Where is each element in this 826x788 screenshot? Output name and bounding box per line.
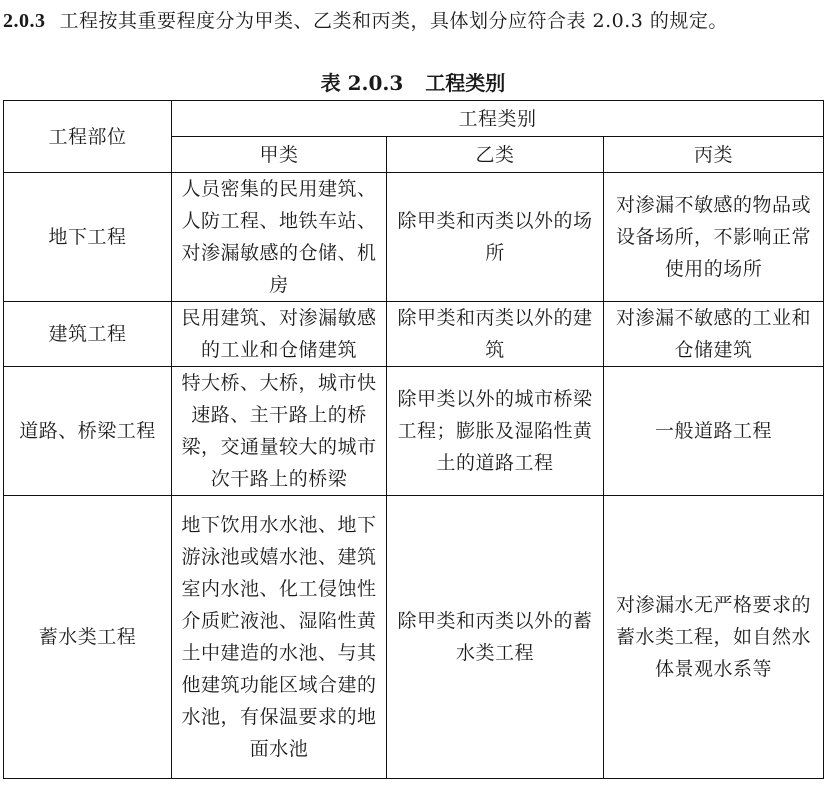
clause-text: 工程按其重要程度分为甲类、乙类和丙类，具体划分应符合表 2.0.3 的规定。 [60, 10, 728, 32]
clause-paragraph: 2.0.3工程按其重要程度分为甲类、乙类和丙类，具体划分应符合表 2.0.3 的… [3, 2, 823, 40]
cell-jia: 地下饮用水水池、地下游泳池或嬉水池、建筑室内水池、化工侵蚀性介质贮液池、湿陷性黄… [172, 496, 387, 779]
engineering-category-table: 工程部位 工程类别 甲类 乙类 丙类 地下工程 人员密集的民用建筑、人防工程、地… [3, 100, 824, 779]
table-caption: 表 2.0.3工程类别 [0, 68, 826, 98]
cell-bing: 对渗漏不敏感的工业和仓储建筑 [604, 302, 824, 367]
cell-yi: 除甲类以外的城市桥梁工程；膨胀及湿陷性黄土的道路工程 [387, 367, 604, 496]
cell-part: 道路、桥梁工程 [4, 367, 172, 496]
cell-part: 蓄水类工程 [4, 496, 172, 779]
cell-jia: 人员密集的民用建筑、人防工程、地铁车站、对渗漏敏感的仓储、机房 [172, 173, 387, 302]
clause-number: 2.0.3 [3, 10, 46, 32]
header-category-group: 工程类别 [172, 101, 824, 137]
cell-bing: 对渗漏不敏感的物品或设备场所，不影响正常使用的场所 [604, 173, 824, 302]
header-category-yi: 乙类 [387, 137, 604, 173]
table-row: 建筑工程 民用建筑、对渗漏敏感的工业和仓储建筑 除甲类和丙类以外的建筑 对渗漏不… [4, 302, 824, 367]
header-category-bing: 丙类 [604, 137, 824, 173]
cell-part: 地下工程 [4, 173, 172, 302]
table-caption-label: 表 2.0.3 [321, 71, 404, 95]
cell-jia: 民用建筑、对渗漏敏感的工业和仓储建筑 [172, 302, 387, 367]
table-row: 蓄水类工程 地下饮用水水池、地下游泳池或嬉水池、建筑室内水池、化工侵蚀性介质贮液… [4, 496, 824, 779]
cell-yi: 除甲类和丙类以外的建筑 [387, 302, 604, 367]
cell-jia: 特大桥、大桥，城市快速路、主干路上的桥梁，交通量较大的城市次干路上的桥梁 [172, 367, 387, 496]
cell-bing: 一般道路工程 [604, 367, 824, 496]
table-caption-title: 工程类别 [425, 71, 505, 95]
cell-yi: 除甲类和丙类以外的蓄水类工程 [387, 496, 604, 779]
cell-part: 建筑工程 [4, 302, 172, 367]
table-row: 道路、桥梁工程 特大桥、大桥，城市快速路、主干路上的桥梁，交通量较大的城市次干路… [4, 367, 824, 496]
header-row-1: 工程部位 工程类别 [4, 101, 824, 137]
table-row: 地下工程 人员密集的民用建筑、人防工程、地铁车站、对渗漏敏感的仓储、机房 除甲类… [4, 173, 824, 302]
header-part: 工程部位 [4, 101, 172, 173]
cell-yi: 除甲类和丙类以外的场所 [387, 173, 604, 302]
cell-bing: 对渗漏水无严格要求的蓄水类工程，如自然水体景观水系等 [604, 496, 824, 779]
header-category-jia: 甲类 [172, 137, 387, 173]
